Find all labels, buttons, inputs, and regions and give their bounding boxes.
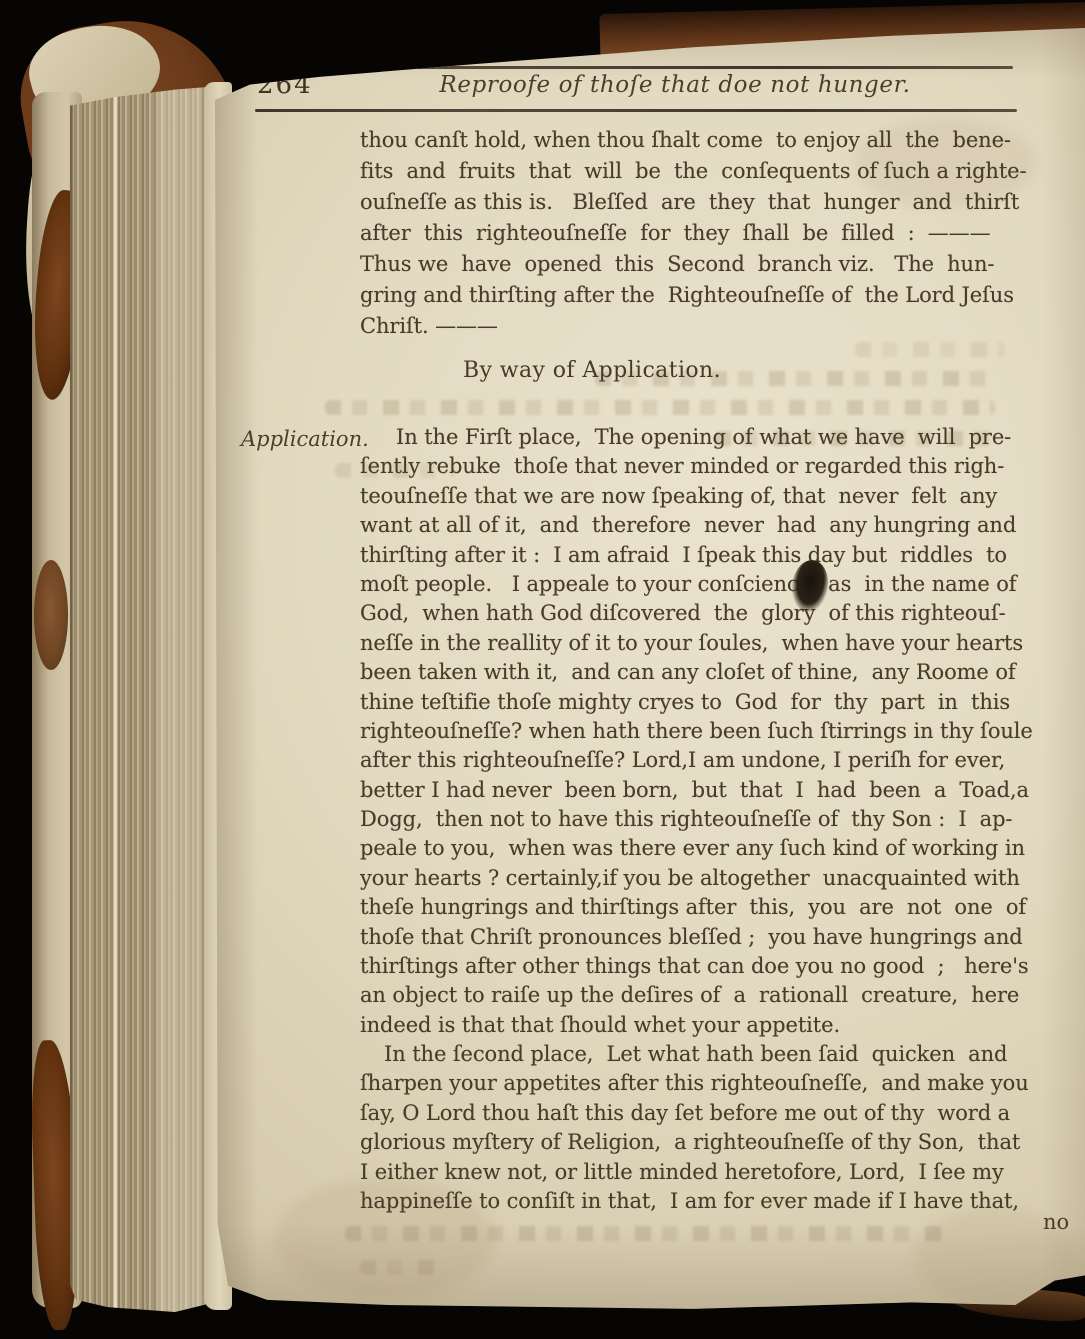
text-line: Chriſt. ——— [360,314,1027,345]
text-line: I either knew not, or little minded here… [360,1160,1029,1189]
text-line: ſharpen your appetites after this righte… [360,1071,1029,1100]
paragraph-3: In the ſecond place, Let what hath been … [360,1042,1029,1218]
text-line: moſt people. I appeale to your conſcienc… [360,572,1033,601]
text-line: after this righteouſneſſe? Lord,I am und… [360,748,1033,777]
page-edge-stack [70,86,220,1312]
paragraph-2: In the Firſt place, The opening of what … [360,425,1033,1042]
text-line: glorious myſtery of Religion, a righteou… [360,1130,1029,1159]
bleedthrough-smudge [325,400,995,415]
bleedthrough-smudge [345,1226,945,1241]
text-line: happineſſe to conſiſt in that, I am for … [360,1189,1029,1218]
text-line: God, when hath God diſcovered the glory … [360,601,1033,630]
text-line: thoſe that Chriſt pronounces bleſſed ; y… [360,925,1033,954]
text-line: thou canſt hold, when thou ſhalt come to… [360,128,1027,159]
text-line: ſay, O Lord thou haſt this day ſet befor… [360,1101,1029,1130]
bleedthrough-smudge [360,1260,440,1275]
text-line: an object to raiſe up the deſires of a r… [360,983,1033,1012]
text-line: your hearts ? certainly,if you be altoge… [360,866,1033,895]
text-line: In the Firſt place, The opening of what … [360,425,1033,454]
text-line: thine teſtifie thoſe mighty cryes to God… [360,690,1033,719]
text-line: better I had never been born, but that I… [360,778,1033,807]
text-line: want at all of it, and therefore never h… [360,513,1033,542]
text-line: gring and thirſting after the Righteouſn… [360,283,1027,314]
text-line: peale to you, when was there ever any ſu… [360,836,1033,865]
text-line: Thus we have opened this Second branch v… [360,252,1027,283]
margin-note: Application. [241,427,369,451]
paragraph-1: thou canſt hold, when thou ſhalt come to… [360,128,1027,345]
text-line: ſently rebuke thoſe that never minded or… [360,454,1033,483]
page-number: 264 [257,70,313,100]
header-rule-top [235,66,1013,69]
text-line: In the ſecond place, Let what hath been … [360,1042,1029,1071]
running-title: Reproofe of thoſe that doe not hunger. [375,72,975,98]
text-line: neſſe in the reallity of it to your ſoul… [360,631,1033,660]
section-heading: By way of Application. [463,358,721,383]
text-line: fits and fruits that will be the conſequ… [360,159,1027,190]
catchword: no [1043,1210,1069,1234]
book-page: 264 Reproofe of thoſe that doe not hunge… [215,28,1085,1314]
text-line: ouſneſſe as this is. Bleſſed are they th… [360,190,1027,221]
header-rule-bottom [255,109,1017,112]
text-line: theſe hungrings and thirſtings after thi… [360,895,1033,924]
text-line: thirſtings after other things that can d… [360,954,1033,983]
photo-background: { "page": { "page_number": "264", "runni… [0,0,1085,1339]
leather-patch [34,560,68,670]
text-line: thirſting after it : I am afraid I ſpeak… [360,543,1033,572]
text-line: after this righteouſneſſe for they ſhall… [360,221,1027,252]
text-line: righteouſneſſe? when hath there been ſuc… [360,719,1033,748]
text-line: indeed is that that ſhould whet your app… [360,1013,1033,1042]
text-line: Dogg, then not to have this righteouſneſ… [360,807,1033,836]
text-line: teouſneſſe that we are now ſpeaking of, … [360,484,1033,513]
text-line: been taken with it, and can any cloſet o… [360,660,1033,689]
